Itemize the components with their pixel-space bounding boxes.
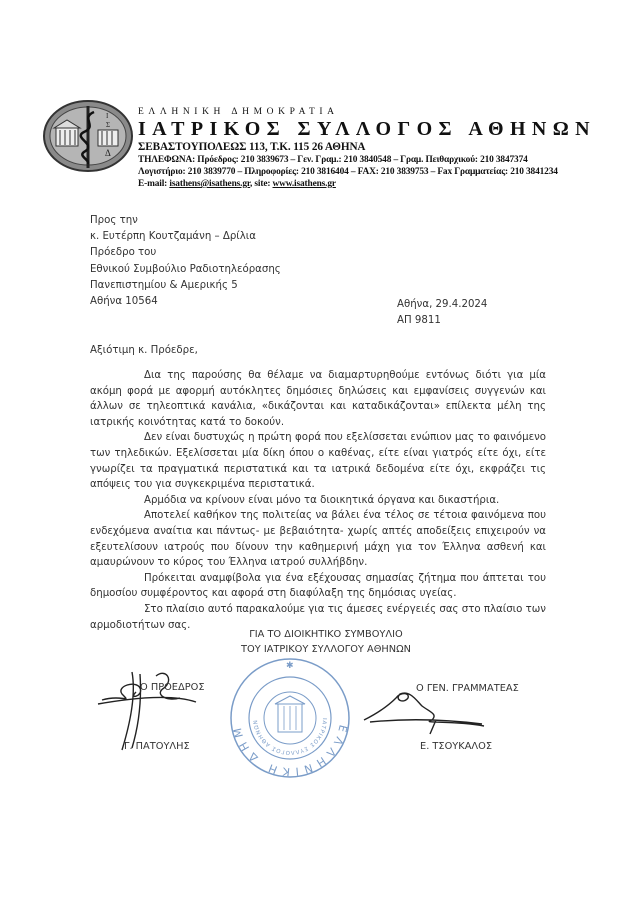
recipient-line: Πανεπιστημίου & Αμερικής 5 (90, 278, 281, 294)
medical-association-seal-icon: Ι Σ Δ (42, 98, 134, 174)
svg-text:Δ: Δ (105, 148, 111, 158)
email-link[interactable]: isathens@isathens.gr (169, 179, 250, 189)
recipient-line: Πρόεδρο του (90, 245, 281, 261)
salutation: Αξιότιμη κ. Πρόεδρε, (90, 345, 198, 356)
phones-line: ΤΗΛΕΦΩΝΑ: Πρόεδρος: 210 3839673 – Γεν. Γ… (138, 154, 628, 166)
letterhead: Ι Σ Δ ΕΛΛΗΝΙΚΗ ΔΗΜΟΚΡΑΤΙΑ ΙΑΤΡΙΚΟΣ ΣΥΛΛΟ… (42, 96, 622, 188)
svg-text:✱: ✱ (286, 661, 294, 671)
recipient-line: κ. Ευτέρπη Κουτζαμάνη – Δρίλια (90, 229, 281, 245)
date-block: Αθήνα, 29.4.2024 ΑΠ 9811 (397, 297, 487, 329)
body-paragraph: Πρόκειται αναμφίβολα για ένα εξέχουσας σ… (90, 571, 546, 602)
country-name: ΕΛΛΗΝΙΚΗ ΔΗΜΟΚΡΑΤΙΑ (138, 106, 628, 118)
protocol-number: ΑΠ 9811 (397, 313, 487, 329)
svg-text:Σ: Σ (106, 121, 110, 129)
organization-address: ΣΕΒΑΣΤΟΥΠΟΛΕΩΣ 113, Τ.Κ. 115 26 ΑΘΗΝΑ (138, 141, 628, 154)
official-stamp-icon: ΕΛΛΗΝΙΚΗ ΔΗΜΟΚΡΑΤΙΑ ΙΑΤΡΙΚΟΣ ΣΥΛΛΟΓΟΣ ΑΘ… (228, 656, 352, 780)
secretary-signature-icon (360, 690, 490, 738)
signoff-block: ΓΙΑ ΤΟ ΔΙΟΙΚΗΤΙΚΟ ΣΥΜΒΟΥΛΙΟ ΤΟΥ ΙΑΤΡΙΚΟΥ… (206, 627, 446, 657)
secretary-name: Ε. ΤΣΟΥΚΑΛΟΣ (420, 741, 492, 752)
recipient-line: Εθνικού Συμβούλιο Ραδιοτηλεόρασης (90, 262, 281, 278)
letterhead-text: ΕΛΛΗΝΙΚΗ ΔΗΜΟΚΡΑΤΙΑ ΙΑΤΡΙΚΟΣ ΣΥΛΛΟΓΟΣ ΑΘ… (138, 96, 628, 190)
email-label: E-mail: (138, 179, 167, 189)
secretary-title: Ο ΓΕΝ. ΓΡΑΜΜΑΤΕΑΣ (416, 683, 519, 694)
letter-body: Δια της παρούσης θα θέλαμε να διαμαρτυρη… (90, 368, 546, 633)
place-date: Αθήνα, 29.4.2024 (397, 297, 487, 313)
organization-name: ΙΑΤΡΙΚΟΣ ΣΥΛΛΟΓΟΣ ΑΘΗΝΩΝ (138, 118, 628, 140)
body-paragraph: Αποτελεί καθήκον της πολιτείας να βάλει … (90, 508, 546, 570)
president-name: Γ. ΠΑΤΟΥΛΗΣ (124, 741, 190, 752)
site-label: , site: (250, 179, 270, 189)
recipient-line: Προς την (90, 213, 281, 229)
contact-line: E-mail: isathens@isathens.gr, site: www.… (138, 178, 628, 190)
recipient-block: Προς την κ. Ευτέρπη Κουτζαμάνη – Δρίλια … (90, 213, 281, 310)
president-title: Ο ΠΡΟΕΔΡΟΣ (140, 682, 205, 693)
signoff-line: ΤΟΥ ΙΑΤΡΙΚΟΥ ΣΥΛΛΟΓΟΥ ΑΘΗΝΩΝ (206, 642, 446, 657)
signoff-line: ΓΙΑ ΤΟ ΔΙΟΙΚΗΤΙΚΟ ΣΥΜΒΟΥΛΙΟ (206, 627, 446, 642)
body-paragraph: Δια της παρούσης θα θέλαμε να διαμαρτυρη… (90, 368, 546, 430)
body-paragraph: Δεν είναι δυστυχώς η πρώτη φορά που εξελ… (90, 430, 546, 492)
site-link[interactable]: www.isathens.gr (273, 179, 336, 189)
body-paragraph: Αρμόδια να κρίνουν είναι μόνο τα διοικητ… (90, 493, 546, 509)
recipient-line: Αθήνα 10564 (90, 294, 281, 310)
accounting-line: Λογιστήριο: 210 3839770 – Πληροφορίες: 2… (138, 166, 628, 178)
